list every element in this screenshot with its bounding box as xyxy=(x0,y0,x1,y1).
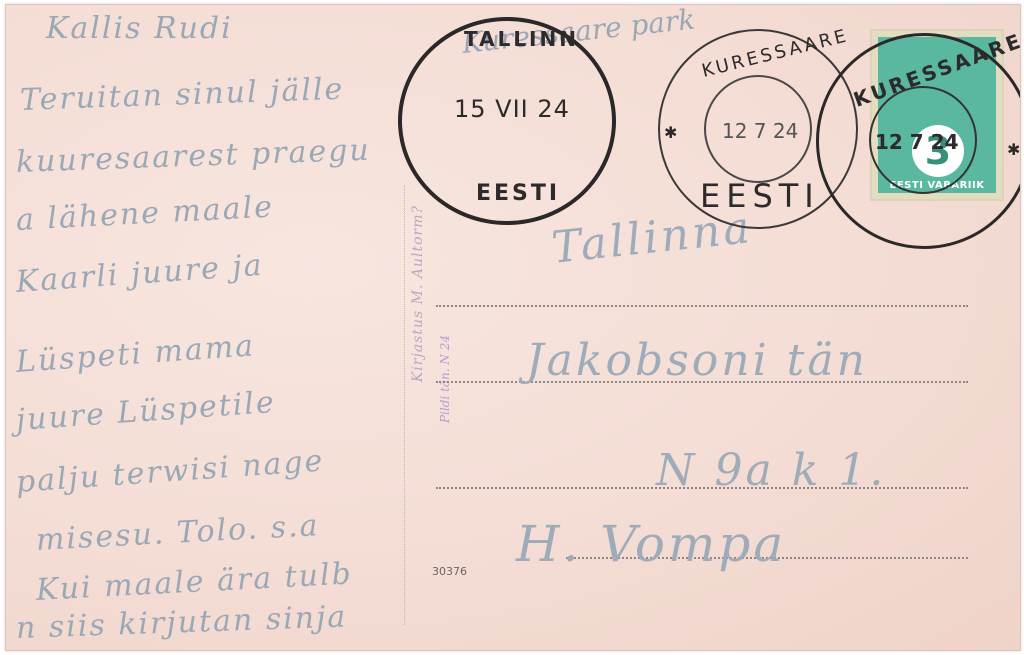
address-line-rule xyxy=(436,305,968,307)
postmark-kuressaare-stamp-cancel: KURESSAARE 12 7 24 ✱ xyxy=(816,33,1021,249)
message-line: kuuresaarest praegu xyxy=(15,133,371,180)
postmark-country: EESTI xyxy=(700,177,820,215)
message-line: palju terwisi nage xyxy=(15,443,326,499)
address-recipient: H. Vompa xyxy=(516,515,786,573)
postmark-date: 15 VII 24 xyxy=(454,95,570,123)
address-number: N 9a k 1. xyxy=(656,445,886,496)
message-line: Kaarli juure ja xyxy=(15,248,265,300)
picture-caption: Pildi tän. N 24 xyxy=(438,335,452,423)
postmark-city: KURESSAARE xyxy=(700,25,851,82)
postmark-tallinn: TALLINN 15 VII 24 EESTI xyxy=(398,17,616,225)
serial-number: 30376 xyxy=(432,565,467,578)
message-line: Kallis Rudi xyxy=(46,11,233,46)
postmark-city: TALLINN xyxy=(464,27,579,51)
message-line: juure Lüspetile xyxy=(15,385,277,438)
address-street: Jakobsoni tän xyxy=(526,335,868,386)
message-line: a lähene maale xyxy=(15,190,275,238)
postcard: Kallis Rudi Teruitan sinul jälle kuuresa… xyxy=(5,4,1021,651)
message-line: misesu. Tolo. s.a xyxy=(35,508,320,558)
message-line: Teruitan sinul jälle xyxy=(19,72,344,118)
star-icon: ✱ xyxy=(664,123,677,142)
message-line: Lüspeti mama xyxy=(15,328,256,380)
divider-line xyxy=(404,185,406,625)
star-icon: ✱ xyxy=(1007,140,1020,159)
publisher-imprint: Kirjastus M. Aultorm? xyxy=(410,205,426,382)
postmark-country: EESTI xyxy=(476,181,560,206)
postmark-date: 12 7 24 xyxy=(722,119,798,143)
postmark-date: 12 7 24 xyxy=(875,130,959,154)
